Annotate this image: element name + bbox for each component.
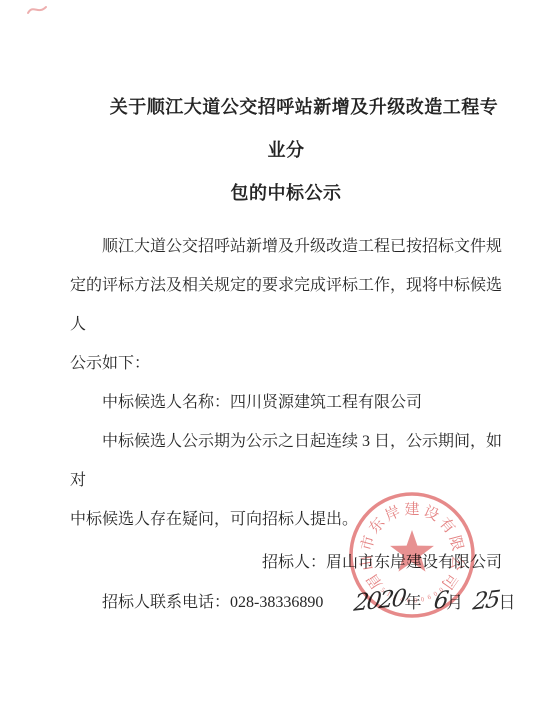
text-line: 包的中标公示	[70, 172, 502, 215]
svg-text:公: 公	[447, 554, 465, 572]
tenderer-label: 招标人：	[262, 554, 326, 571]
svg-text:0: 0	[433, 591, 439, 599]
svg-text:0: 0	[414, 597, 418, 604]
day-unit: 日	[498, 588, 515, 613]
svg-text:1: 1	[385, 591, 391, 599]
text-line: 关于顺江大道公交招呼站新增及升级改造工程专业分	[70, 86, 502, 172]
svg-text:市: 市	[358, 534, 378, 553]
svg-text:0: 0	[407, 597, 411, 604]
company-seal: 眉山市东岸建设有限公司 5114000600	[337, 480, 487, 630]
svg-text:限: 限	[446, 534, 466, 553]
svg-text:山: 山	[358, 554, 377, 572]
paragraph-intro: 顺江大道公交招呼站新增及升级改造工程已按招标文件规定的评标方法及相关规定的要求完…	[70, 227, 502, 383]
svg-text:建: 建	[404, 501, 419, 518]
svg-text:有: 有	[436, 515, 459, 537]
scanned-document-page: 关于顺江大道公交招呼站新增及升级改造工程专业分包的中标公示 顺江大道公交招呼站新…	[0, 0, 559, 702]
svg-text:东: 东	[366, 515, 389, 537]
svg-text:0: 0	[438, 587, 445, 594]
red-pen-mark	[26, 2, 48, 16]
svg-text:4: 4	[399, 596, 405, 604]
page-title: 关于顺江大道公交招呼站新增及升级改造工程专业分包的中标公示	[70, 86, 502, 215]
paragraph-candidate: 中标候选人名称：四川贤源建筑工程有限公司	[70, 383, 502, 422]
svg-text:6: 6	[427, 593, 433, 601]
text-line: 顺江大道公交招呼站新增及升级改造工程已按招标文件规	[70, 227, 502, 266]
text-line: 定的评标方法及相关规定的要求完成评标工作，现将中标候选人	[70, 266, 502, 344]
svg-text:1: 1	[392, 594, 398, 602]
text-line: 公示如下：	[70, 344, 502, 383]
svg-text:0: 0	[420, 596, 425, 604]
candidate-name-line: 中标候选人名称：四川贤源建筑工程有限公司	[70, 383, 502, 422]
svg-text:岸: 岸	[382, 503, 403, 525]
seal-star-icon	[390, 530, 434, 572]
seal-registration-code: 5114000600	[379, 587, 445, 605]
svg-text:设: 设	[421, 503, 442, 525]
